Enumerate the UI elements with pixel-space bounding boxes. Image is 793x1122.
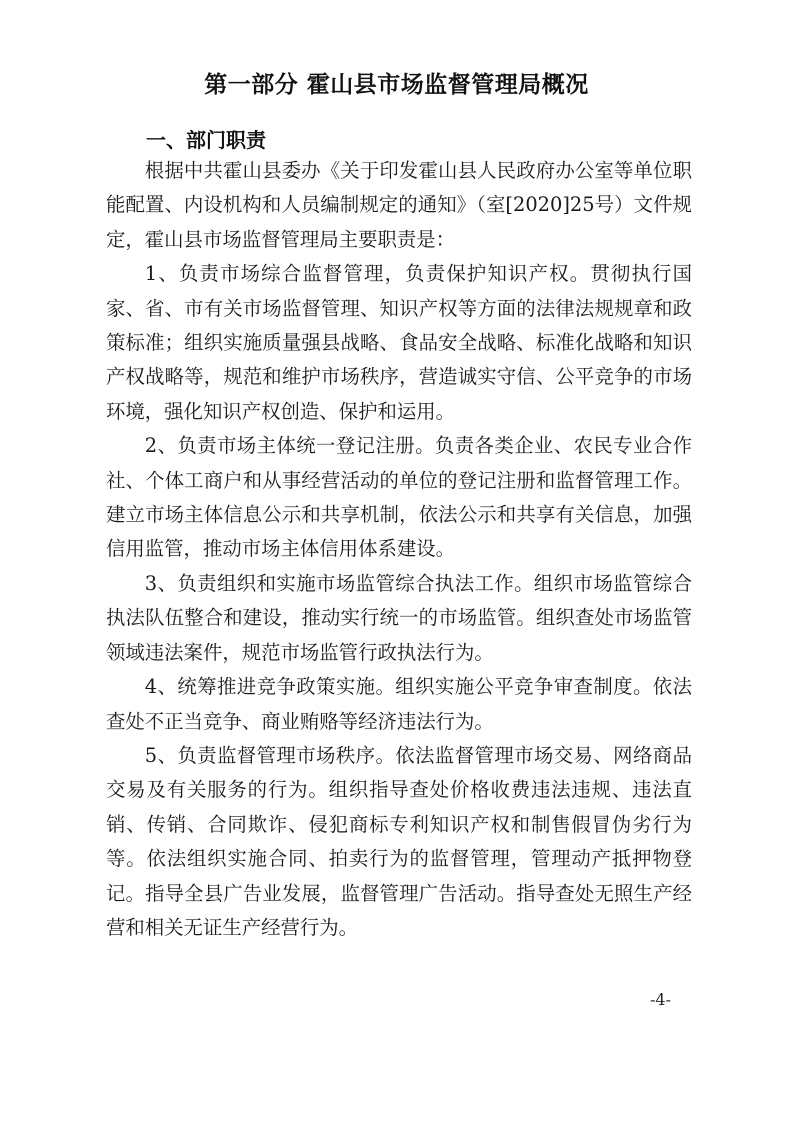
body-text: 根据中共霍山县委办《关于印发霍山县人民政府办公室等单位职能配置、内设机构和人员编… — [106, 154, 692, 945]
duty-paragraph-2: 2、负责市场主体统一登记注册。负责各类企业、农民专业合作社、个体工商户和从事经营… — [106, 429, 692, 567]
section-heading: 一、部门职责 — [146, 124, 266, 153]
duty-paragraph-3: 3、负责组织和实施市场监管综合执法工作。组织市场监管综合执法队伍整合和建设，推动… — [106, 567, 692, 670]
document-page: 第一部分 霍山县市场监督管理局概况 一、部门职责 根据中共霍山县委办《关于印发霍… — [0, 0, 793, 1122]
page-number: -4- — [650, 990, 671, 1009]
intro-paragraph: 根据中共霍山县委办《关于印发霍山县人民政府办公室等单位职能配置、内设机构和人员编… — [106, 154, 692, 257]
duty-paragraph-1: 1、负责市场综合监督管理，负责保护知识产权。贯彻执行国家、省、市有关市场监督管理… — [106, 257, 692, 429]
duty-paragraph-4: 4、统筹推进竞争政策实施。组织实施公平竞争审查制度。依法查处不正当竞争、商业贿赂… — [106, 670, 692, 739]
page-title: 第一部分 霍山县市场监督管理局概况 — [0, 66, 793, 99]
duty-paragraph-5: 5、负责监督管理市场秩序。依法监督管理市场交易、网络商品交易及有关服务的行为。组… — [106, 739, 692, 945]
